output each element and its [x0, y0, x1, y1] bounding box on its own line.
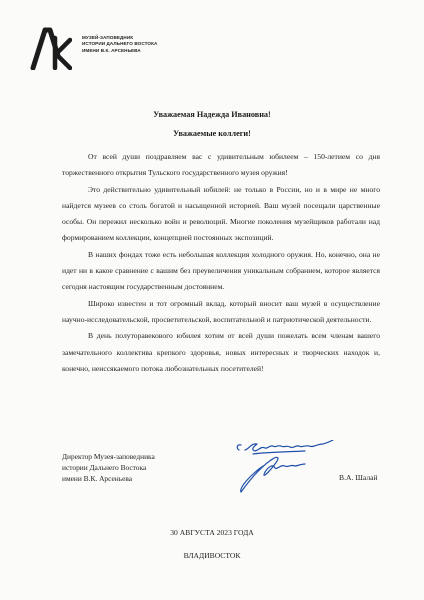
paragraph: Широко известен и тот огромный вклад, ко…: [62, 296, 380, 329]
letter-date: 30 АВГУСТА 2023 ГОДА: [0, 528, 424, 537]
paragraph: Это действительно удивительный юбилей: н…: [62, 182, 380, 247]
salutation-colleagues: Уважаемые коллеги!: [0, 129, 424, 138]
paragraph: В день полуторавекового юбилея хотим от …: [62, 328, 380, 377]
museum-name-line: ИСТОРИИ ДАЛЬНЕГО ВОСТОКА: [82, 41, 157, 47]
handwritten-signature-icon: [235, 440, 365, 495]
letter-city: ВЛАДИВОСТОК: [0, 551, 424, 560]
signatory-title-line: имени В.К. Арсеньева: [62, 473, 155, 484]
letter-body: От всей души поздравляем вас с удивитель…: [62, 149, 380, 377]
signatory-title-line: Директор Музея-заповедника: [62, 451, 155, 462]
signatory-title: Директор Музея-заповедника истории Дальн…: [62, 451, 155, 484]
salutation-addressee: Уважаемая Надежда Ивановна!: [0, 110, 424, 119]
paragraph: От всей души поздравляем вас с удивитель…: [62, 149, 380, 182]
ak-logo-icon: [30, 26, 72, 70]
paragraph: В наших фондах тоже есть небольшая колле…: [62, 247, 380, 296]
museum-name: МУЗЕЙ-ЗАПОВЕДНИК ИСТОРИИ ДАЛЬНЕГО ВОСТОК…: [82, 35, 157, 54]
signatory-title-line: истории Дальнего Востока: [62, 462, 155, 473]
museum-name-line: ИМЕНИ В.К. АРСЕНЬЕВА: [82, 48, 157, 54]
signatory-name: В.А. Шалай: [339, 473, 378, 482]
